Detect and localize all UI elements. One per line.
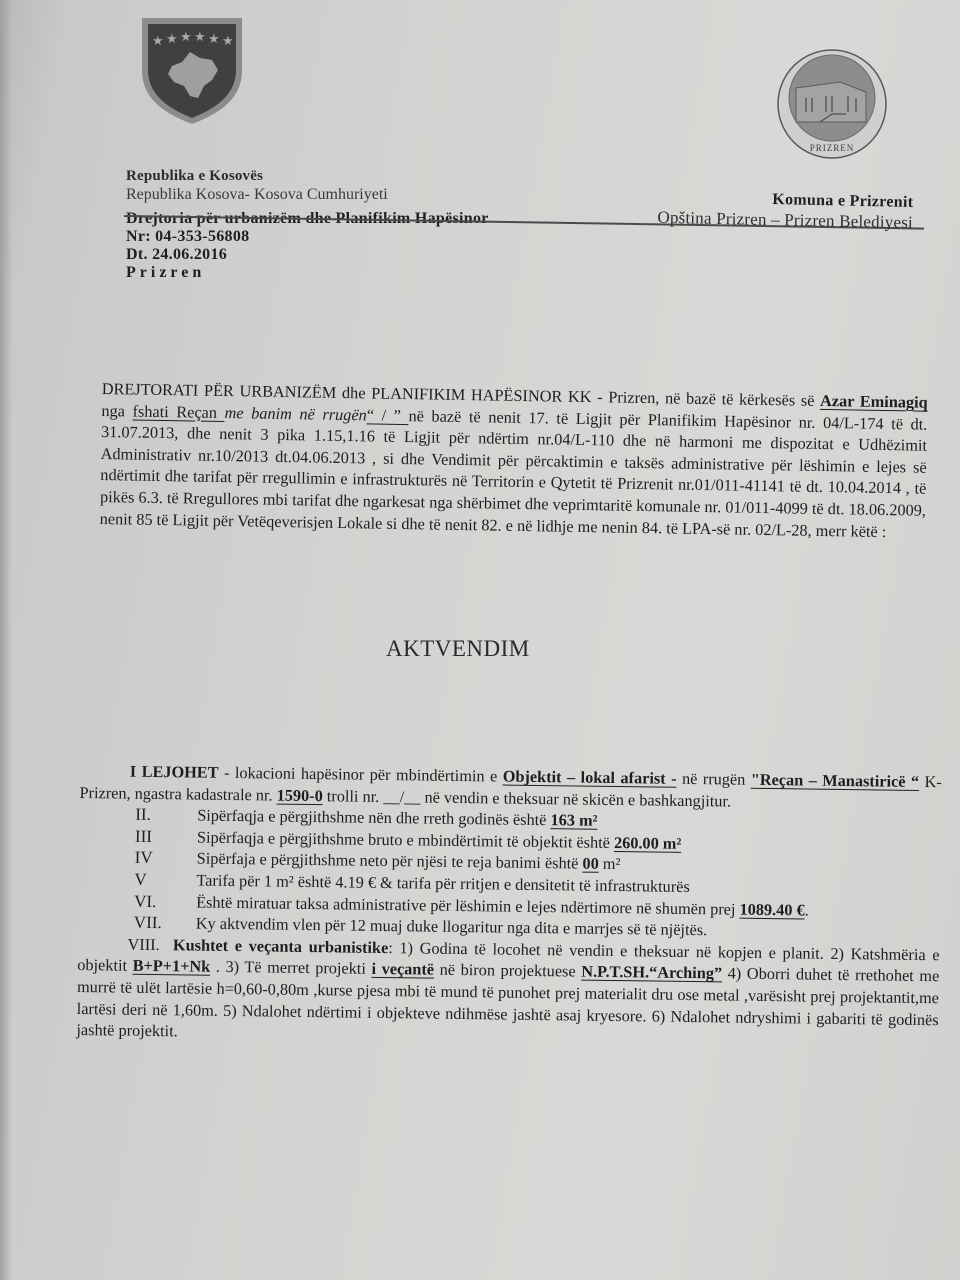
applicant-village: fshati Reçan — [132, 401, 224, 422]
item-number: VII. — [78, 911, 196, 934]
conditions-label: Kushtet e veçanta urbanistike — [173, 935, 389, 957]
object-type: Objektit – lokal afarist - — [503, 767, 677, 788]
republic-name-alt: Republika Kosova- Kosova Cumhuriyeti — [126, 186, 489, 204]
svg-text:★: ★ — [180, 30, 192, 45]
total-area-value: 163 m² — [550, 810, 597, 830]
prizren-emblem-icon: PRIZREN — [776, 48, 888, 160]
object-street: "Reçan – Manastiricë “ — [751, 770, 920, 791]
item-text: . — [805, 900, 809, 919]
item-number: VIII. — [127, 934, 159, 953]
item-text: trolli nr. — [323, 786, 384, 806]
item-number: II. — [79, 803, 197, 826]
applicant-street: “ / ” — [367, 405, 409, 425]
item-number: III — [79, 825, 197, 848]
header-left: Republika e Kosovës Republika Kosova- Ko… — [126, 168, 489, 282]
republic-name: Republika e Kosovës — [126, 168, 489, 185]
gross-area-value: 260.00 m² — [614, 833, 682, 853]
svg-text:★: ★ — [152, 34, 164, 49]
unit-text: m² — [599, 854, 621, 873]
item-text: - lokacioni hapësinor për mbindërtimin e — [218, 763, 502, 786]
intro-text: në bazë të nenit 17. të Ligjit për Plani… — [100, 406, 928, 541]
project-type: i veçantë — [371, 959, 434, 979]
svg-text:★: ★ — [194, 30, 206, 45]
item-i-label: I LEJOHET — [130, 762, 219, 782]
admin-fee-amount: 1089.40 € — [739, 899, 804, 919]
item-number: IV — [79, 846, 197, 869]
intro-text: nga — [101, 401, 132, 421]
building-floors: B+P+1+Nk — [133, 956, 211, 976]
item-text: . 3) Të merret projekti — [210, 957, 372, 978]
item-text: në rrugën — [676, 769, 751, 789]
document-number: Nr: 04-353-56808 — [126, 228, 489, 246]
document-city: Prizren — [126, 264, 489, 282]
intro-paragraph: DREJTORATI PËR URBANIZËM dhe PLANIFIKIM … — [99, 378, 927, 543]
svg-text:★: ★ — [166, 32, 178, 47]
decision-section: I LEJOHET - lokacioni hapësinor për mbin… — [76, 760, 942, 1052]
residence-text: me banim në rrugën — [224, 403, 366, 424]
net-area-value: 00 — [582, 854, 599, 873]
item-number: V — [78, 868, 196, 891]
item-text: Sipërfaqja e përgjithshme nën dhe rreth … — [197, 806, 550, 830]
document-title: AKTVENDIM — [386, 636, 530, 662]
emblem-label: PRIZREN — [810, 143, 855, 153]
item-text: në vendin e theksuar në skicën e bashkan… — [420, 787, 731, 810]
municipality-name-alt: Opština Prizren – Prizren Belediyesi — [658, 208, 914, 233]
applicant-name: Azar Eminagiq — [820, 391, 928, 412]
page-edge-shadow — [0, 0, 12, 1280]
item-number: VI. — [78, 890, 196, 913]
header-right: Komuna e Prizrenit Opština Prizren – Pri… — [658, 189, 914, 233]
design-bureau: N.P.T.SH.“Arching” — [581, 962, 722, 983]
svg-text:★: ★ — [208, 32, 220, 47]
kosovo-coat-of-arms-icon: ★ ★ ★ ★ ★ ★ — [138, 14, 246, 126]
cadastral-parcel: 1590-0 — [277, 785, 323, 805]
decision-item-viii: VIII. Kushtet e veçanta urbanistike: 1) … — [76, 933, 939, 1052]
village-text: fshati Reçan — [132, 401, 224, 422]
document-date: Dt. 24.06.2016 — [126, 246, 489, 264]
item-text: në biron projektuese — [434, 960, 581, 981]
lot-number: __/__ — [383, 787, 420, 806]
svg-text:★: ★ — [222, 34, 234, 49]
